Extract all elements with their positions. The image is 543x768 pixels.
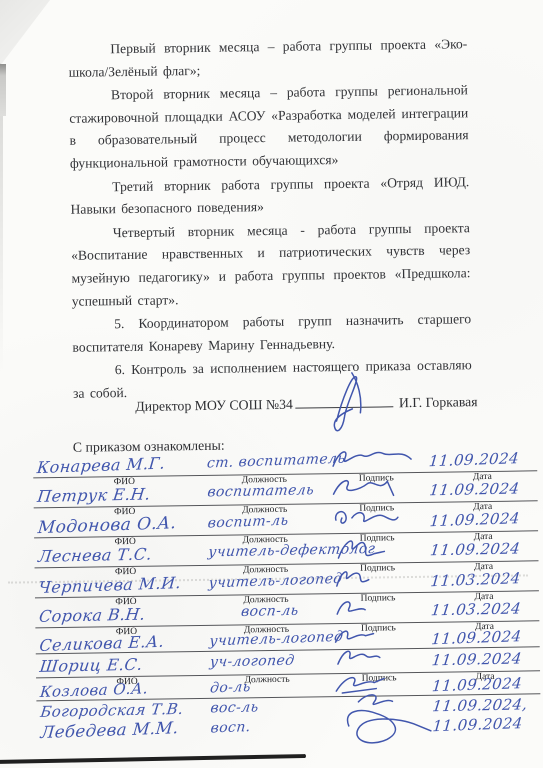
- paragraph-fourth-tuesday: Четвертый вторник месяца - работа группы…: [71, 217, 471, 313]
- signature-scribble: [331, 565, 381, 597]
- date-value: 11.09.2024: [429, 507, 543, 530]
- table-row: Лебедева М.М. восп. 11.09.2024: [33, 716, 543, 749]
- document-content: Первый вторник месяца – работа группы пр…: [0, 0, 543, 768]
- date-value: 11.09.2024: [429, 538, 543, 559]
- date-value: 11.09.2024: [431, 672, 543, 695]
- date-value: 11.09.2024: [431, 648, 543, 669]
- date-value: 11.09.2024: [431, 625, 543, 648]
- signature-scribble: [329, 475, 399, 507]
- signature-scribble: [331, 596, 371, 628]
- director-signature-scribble: [322, 368, 393, 439]
- scanned-document-page: Первый вторник месяца – работа группы пр…: [0, 0, 543, 768]
- signature-scribble: [330, 505, 402, 537]
- fio-value: Леснева Т.С.: [37, 543, 209, 566]
- date-value: 11.03.2024: [430, 598, 543, 619]
- paragraph-first-tuesday: Первый вторник месяца – работа группы пр…: [68, 33, 468, 84]
- fio-value: Петрук Е.Н.: [36, 483, 208, 506]
- paragraph-second-tuesday: Второй вторник месяца – работа группы ре…: [69, 79, 469, 175]
- director-title: Директор МОУ СОШ №34: [135, 397, 293, 414]
- signature-scribble: [329, 445, 415, 477]
- date-value: 11.09.2024,: [431, 694, 543, 715]
- fio-value: Конарева М.Г.: [36, 452, 208, 477]
- director-name: И.Г. Горкавая: [399, 394, 478, 410]
- signature-scribble-large: [332, 691, 443, 754]
- date-value: 11.09.2024: [428, 447, 543, 470]
- order-body-text: Первый вторник месяца – работа группы пр…: [68, 33, 472, 406]
- signing-table: Конарева М.Г. ст. воспитатель 11.09.2024…: [29, 451, 543, 749]
- signature-scribble: [330, 535, 390, 569]
- fio-value: Шориц Е.С.: [39, 653, 211, 676]
- date-value: 11.03.2024: [430, 567, 543, 590]
- signature-scribble: [332, 645, 384, 675]
- date-value: 11.09.2024: [432, 712, 543, 735]
- paragraph-item-5: 5. Координатором работы групп назначить …: [72, 308, 472, 359]
- date-value: 11.09.2024: [428, 478, 543, 499]
- fio-value: Сорока В.Н.: [38, 603, 210, 626]
- paragraph-third-tuesday: Третий вторник работа группы проекта «От…: [70, 171, 470, 222]
